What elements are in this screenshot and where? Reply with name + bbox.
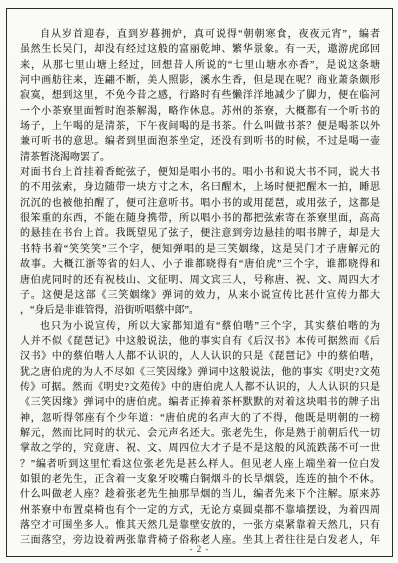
text-line: 沉沉的也被他拍醒了，便可注意听书。唱小书的或用琵琶，或用弦子，这都是 xyxy=(20,196,380,211)
text-line: 人并不似《琵琶记》中这般说法，他的事实自有《后汉书》本传可据然而《后 xyxy=(20,334,380,349)
text-line: 如银的老先生，正含着一支象牙咬嘴白铜烟斗的长旱烟袋，连连的抽个不休。 xyxy=(20,472,380,487)
book-page: 自从岁首迎春，直到岁暮拥炉，真可说得“朝朝寒食，夜夜元宵”，编者虽然生长吴门，却… xyxy=(0,0,398,563)
text-line: 《三笑因缘》弹词中的唐伯虎。编者正捧着茶杯默默的对着这块唱书的牌子出 xyxy=(20,395,380,410)
text-line: 的悬挂在书台上首。我既望见了弦子，便注意到旁边悬挂的唱书牌子，却是大 xyxy=(20,226,380,241)
text-line: 场子，上午喝的是清茶，下午夜间喝的是书茶。什么叫做书茶？便是喝茶以外 xyxy=(20,119,380,134)
text-line: 来，从那七里山塘上经过，回想昔人所说的“七里山塘水亦香”，是说这条塘 xyxy=(20,58,380,73)
text-line: 兼可听书的意思。编者到里面泡茶坐定，还没有到听书的时候，不过是喝一壶 xyxy=(20,134,380,149)
text-line: 犹之唐伯虎的为人不尽如《三笑因缘》弹词中这般说法，他的事实《明史?文苑 xyxy=(20,365,380,380)
text-line: 什么叫做老人座？趁着张老先生抽那旱烟的当儿，编者先来下个注解。原来苏 xyxy=(20,487,380,502)
text-line: 清茶暂浇渴吻罢了。 xyxy=(20,150,380,165)
text-line: 解元，然而比同时的状元、会元声名还大。张老先生，你是熟于前朝后代一切 xyxy=(20,426,380,441)
text-line: 很笨重的东西，不能在随身携带，所以唱小书的都把弦索寄在茶寮里面，高高 xyxy=(20,211,380,226)
text-line: 汉书》中的蔡伯喈人人都不认识的，人人认识的只是《琵琶记》中的蔡伯喈， xyxy=(20,349,380,364)
text-line: 对面书台上首挂着香蛇弦子，便知是唱小书的。唱小书和说大书不同，说大书 xyxy=(20,165,380,180)
text-line: 一个小茶寮里面暂时泡茶解渴，略作休息。苏州的茶寮，大概都有一个听书的 xyxy=(20,104,380,119)
text-line: 的不用弦索，身边随带一块方寸之木，名曰醒木，上场时便把醒木一拍，睡思 xyxy=(20,180,380,195)
text-line: ，“身后是非谁管得，沿街听唱蔡中郎”。 xyxy=(20,303,380,318)
text-line: 传》可据。然而《明史?文苑传》中的唐伯虎人人都不认识的，人人认识的只是 xyxy=(20,380,380,395)
page-text: 自从岁首迎春，直到岁暮拥炉，真可说得“朝朝寒食，夜夜元宵”，编者虽然生长吴门，却… xyxy=(20,27,380,549)
text-line: 神，忽听得邻座有个少年道：“唐伯虎的名声大的了不得，他既是明朝的一榜 xyxy=(20,411,380,426)
text-line: 子。这便是这部《三笑姻缘》弹词的效力，从来小说宣传比甚什宣传力都大 xyxy=(20,288,380,303)
text-line: 落空才可围坐多人。惟其天然几是靠壁安放的，一张方桌紧靠着天然几，只有 xyxy=(20,518,380,533)
text-line: 河中画舫往来，连翩不断，美人照影，溪水生香，但是现在呢？商业萧条颇形 xyxy=(20,73,380,88)
text-line: 州茶寮中布置桌椅也有个一定的方式，无论方桌圆桌都不靠墙摆设，为着四周 xyxy=(20,503,380,518)
text-line: 虽然生长吴门，却没有经过这般的富丽乾坤、繁华景象。有一天，遨游虎邱回 xyxy=(20,42,380,57)
text-line: 唐伯虎同时的还有祝枝山、文征明、周文宾三人，号称唐、祝、文、周四大才 xyxy=(20,273,380,288)
text-line: 自从岁首迎春，直到岁暮拥炉，真可说得“朝朝寒食，夜夜元宵”，编者 xyxy=(20,27,380,42)
text-line: 寂寞，想到这里，不免今昔之感，行路时有些懒洋洋地减少了脚力，便在临河 xyxy=(20,88,380,103)
page-number: - 2 - xyxy=(7,544,392,554)
text-line: ？”编者听到这里忙看这位张老先是甚么样人。但见老人座上端坐着一位白发 xyxy=(20,457,380,472)
text-line: 故事。大概江浙等省的妇人、小子谁都晓得有“唐伯虎”三个字，谁都晓得和 xyxy=(20,257,380,272)
text-line: 书特书着“笑笑笑”三个字，便知弹唱的是三笑姻缘，这是吴门才子唐解元的 xyxy=(20,242,380,257)
text-line: 也只为小说宣传，所以大家都知道有“蔡伯喈”三个字，其实蔡伯喈的为 xyxy=(20,319,380,334)
page-border: 自从岁首迎春，直到岁暮拥炉，真可说得“朝朝寒食，夜夜元宵”，编者虽然生长吴门，却… xyxy=(6,8,393,557)
text-line: 掌故之学的，究竟唐、祝、文、周四位大才子是不是这般的风流跌荡不可一世 xyxy=(20,441,380,456)
